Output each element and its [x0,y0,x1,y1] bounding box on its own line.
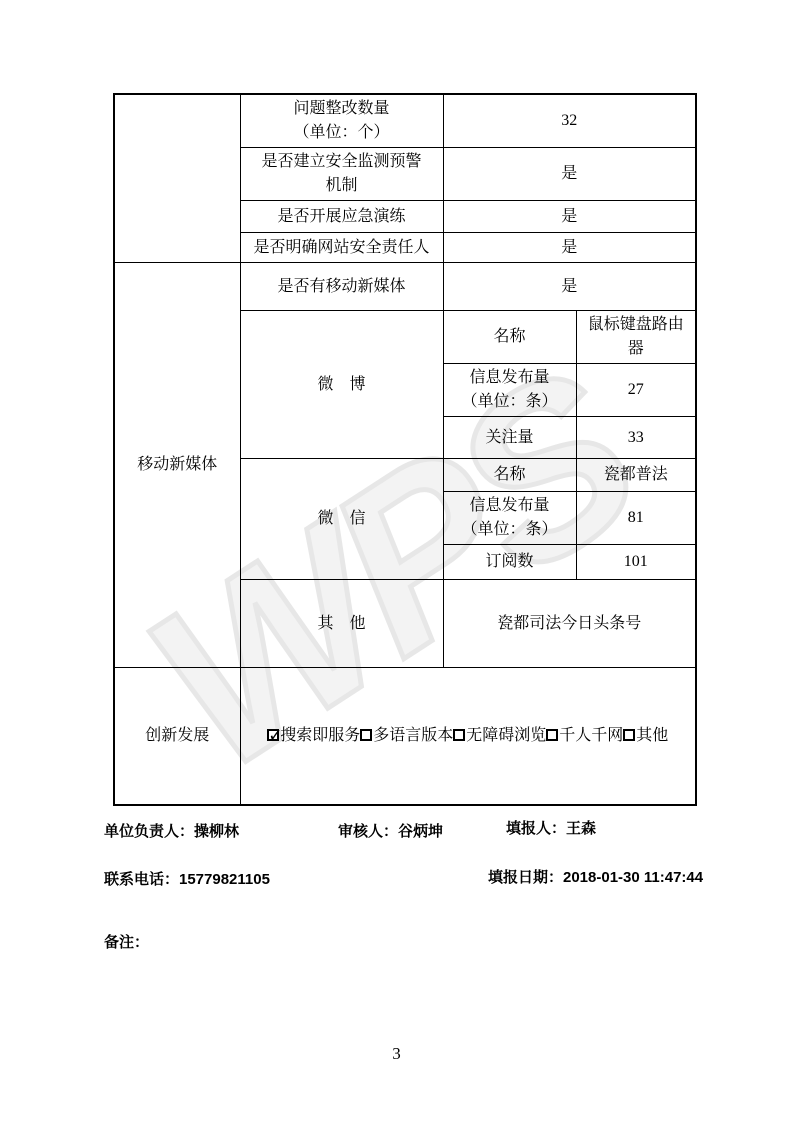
row-value-wechat-posts: 81 [576,492,696,545]
row-value-rectified-count: 32 [443,94,696,148]
remarks-label: 备注： [104,931,149,952]
row-label-wechat-subscribers: 订阅数 [443,545,576,580]
label-line: 问题整改数量 [247,97,437,121]
unit-head-field: 单位负责人：操柳林 [104,820,239,841]
report-table: 问题整改数量 （单位：个） 32 是否建立安全监测预警 机制 是 是否开展应急演… [113,93,697,806]
label-line: 是否建立安全监测预警 [247,150,437,174]
platform-label-weibo: 微 博 [240,311,443,459]
checkbox-icon[interactable] [453,729,465,741]
option-label: 其他 [636,727,668,744]
row-label-wechat-name: 名称 [443,459,576,492]
label-line: 信息发布量 [450,494,570,518]
table-row: 问题整改数量 （单位：个） 32 [114,94,696,148]
row-label-weibo-posts: 信息发布量 （单位：条） [443,364,576,417]
table-row: 移动新媒体 是否有移动新媒体 是 [114,263,696,311]
option-label: 千人千网 [559,727,623,744]
group-cell-innovation: 创新发展 [114,668,240,805]
contact-phone-field: 联系电话：15779821105 [104,868,270,889]
innovation-options-cell: 搜索即服务多语言版本无障碍浏览千人千网其他 [240,668,696,805]
row-value-weibo-name: 鼠标键盘路由器 [576,311,696,364]
option-label: 多语言版本 [373,727,453,744]
row-label-weibo-name: 名称 [443,311,576,364]
report-date-field: 填报日期：2018-01-30 11:47:44 [488,866,703,887]
innovation-option: 搜索即服务 [267,727,360,744]
row-label-warning-mechanism: 是否建立安全监测预警 机制 [240,148,443,201]
checkbox-icon[interactable] [360,729,372,741]
row-label-has-mobile-media: 是否有移动新媒体 [240,263,443,311]
row-label-emergency-drill: 是否开展应急演练 [240,201,443,233]
row-value-wechat-name: 瓷都普法 [576,459,696,492]
filler-field: 填报人：王森 [506,817,596,838]
row-value-weibo-posts: 27 [576,364,696,417]
platform-label-other: 其 他 [240,580,443,668]
reviewer-field: 审核人：谷炳坤 [338,820,443,841]
row-value-wechat-subscribers: 101 [576,545,696,580]
row-label-security-owner: 是否明确网站安全责任人 [240,233,443,263]
row-value-emergency-drill: 是 [443,201,696,233]
label-line: （单位：个） [247,121,437,145]
label-line: 机制 [247,174,437,198]
option-label: 无障碍浏览 [466,727,546,744]
row-value-security-owner: 是 [443,233,696,263]
label-line: 信息发布量 [450,366,570,390]
row-label-weibo-followers: 关注量 [443,417,576,459]
row-value-other-media: 瓷都司法今日头条号 [443,580,696,668]
table-row: 创新发展 搜索即服务多语言版本无障碍浏览千人千网其他 [114,668,696,805]
platform-label-wechat: 微 信 [240,459,443,580]
row-value-has-mobile-media: 是 [443,263,696,311]
checkbox-icon[interactable] [546,729,558,741]
page-number: 3 [0,1044,793,1064]
group-cell-mobile-media: 移动新媒体 [114,263,240,668]
label-line: （单位：条） [450,518,570,542]
row-label-rectified-count: 问题整改数量 （单位：个） [240,94,443,148]
label-line: （单位：条） [450,390,570,414]
innovation-option: 其他 [623,727,668,744]
row-value-warning-mechanism: 是 [443,148,696,201]
checkbox-icon[interactable] [267,729,279,741]
row-label-wechat-posts: 信息发布量 （单位：条） [443,492,576,545]
innovation-option: 多语言版本 [360,727,453,744]
checkbox-icon[interactable] [623,729,635,741]
row-value-weibo-followers: 33 [576,417,696,459]
innovation-option: 千人千网 [546,727,623,744]
option-label: 搜索即服务 [280,727,360,744]
innovation-option: 无障碍浏览 [453,727,546,744]
group-cell-empty [114,94,240,263]
